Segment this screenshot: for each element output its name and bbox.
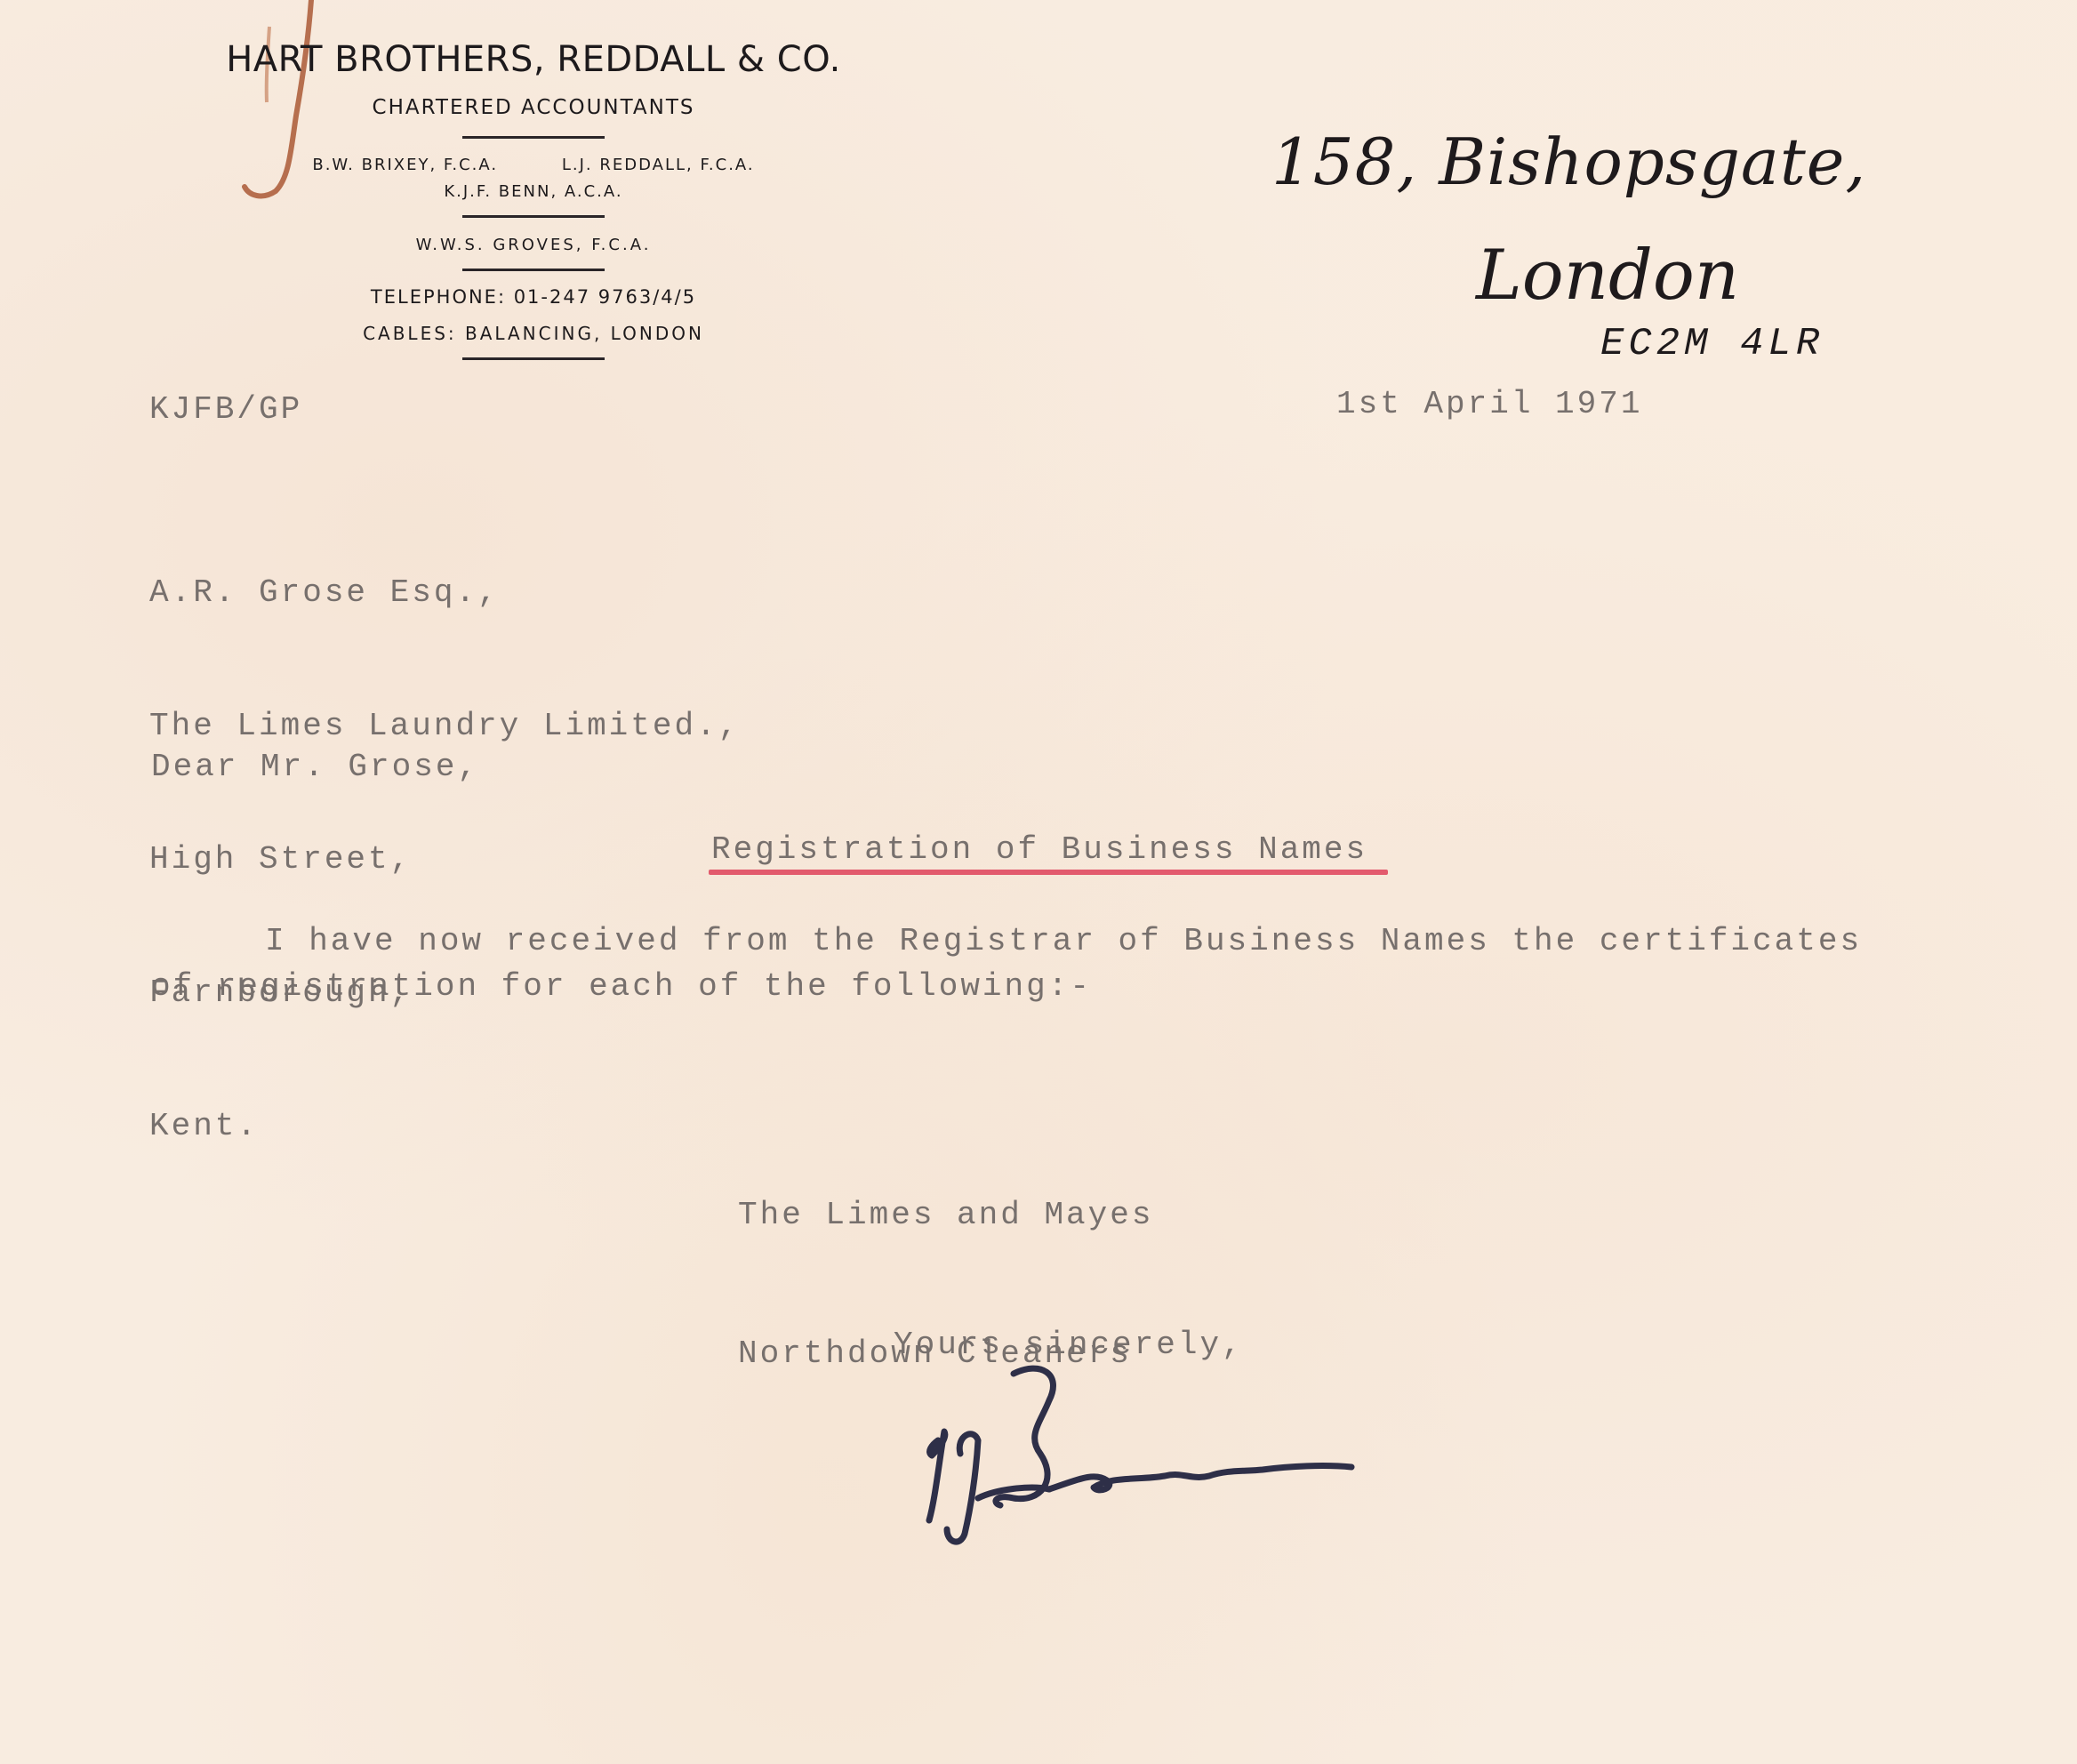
divider — [462, 269, 605, 271]
partner-name: B.W. BRIXEY, F.C.A. — [312, 156, 498, 174]
divider — [462, 136, 605, 139]
street-address: 158, Bishopsgate, — [1271, 124, 1866, 199]
partner-name: W.W.S. GROVES, F.C.A. — [151, 236, 916, 254]
firm-subtitle: CHARTERED ACCOUNTANTS — [151, 96, 916, 119]
recipient-address: A.R. Grose Esq., The Limes Laundry Limit… — [149, 482, 740, 1193]
divider — [462, 357, 605, 360]
partner-name: L.J. REDDALL, F.C.A. — [562, 156, 755, 174]
partners-row: B.W. BRIXEY, F.C.A. L.J. REDDALL, F.C.A. — [151, 156, 916, 174]
cables-address: CABLES: BALANCING, LONDON — [151, 323, 916, 344]
telephone: TELEPHONE: 01-247 9763/4/5 — [151, 286, 916, 308]
recipient-line: The Limes Laundry Limited., — [149, 704, 740, 749]
business-name: The Limes and Mayes — [738, 1192, 1153, 1239]
partner-name: K.J.F. BENN, A.C.A. — [151, 182, 916, 201]
subject-underline — [709, 870, 1388, 875]
city: London — [1476, 236, 1739, 316]
divider — [462, 215, 605, 218]
recipient-line: High Street, — [149, 838, 740, 882]
subject-heading: Registration of Business Names — [711, 831, 1367, 868]
body-line: I have now received from the Registrar o… — [265, 923, 1862, 959]
postcode: EC2M 4LR — [1600, 322, 1824, 366]
reference: KJFB/GP — [149, 391, 302, 428]
letter-date: 1st April 1971 — [1336, 386, 1642, 422]
body-line: of registration for each of the followin… — [151, 968, 1092, 1005]
signature-icon — [907, 1356, 1405, 1552]
recipient-line: A.R. Grose Esq., — [149, 571, 740, 615]
salutation: Dear Mr. Grose, — [151, 749, 479, 785]
recipient-line: Kent. — [149, 1104, 740, 1149]
firm-name: HART BROTHERS, REDDALL & CO. — [151, 39, 916, 80]
